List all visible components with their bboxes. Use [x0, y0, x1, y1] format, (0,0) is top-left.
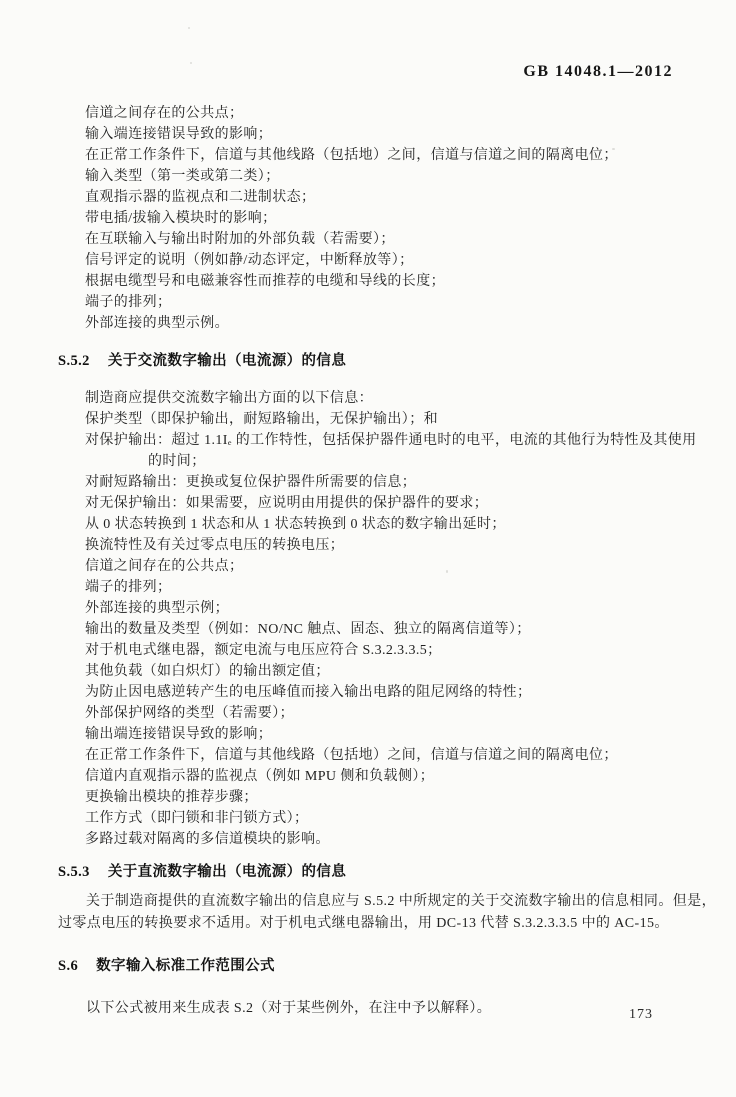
- text-line: 外部连接的典型示例。: [85, 313, 716, 334]
- paragraph: 关于制造商提供的直流数字输出的信息应与 S.5.2 中所规定的关于交流数字输出的…: [58, 891, 716, 934]
- scan-speck: [612, 148, 615, 150]
- heading-title: 关于交流数字输出（电流源）的信息: [108, 353, 346, 369]
- text-line: 外部连接的典型示例；: [85, 598, 716, 619]
- text-line: 对耐短路输出：更换或复位保护器件所需要的信息；: [85, 472, 716, 493]
- scan-speck: [190, 62, 192, 64]
- scan-speck: [188, 27, 190, 29]
- heading-title: 关于直流数字输出（电流源）的信息: [108, 864, 346, 880]
- heading-number: S.5.3: [58, 864, 90, 880]
- text-line: 在互联输入与输出时附加的外部负载（若需要）；: [85, 229, 716, 250]
- text-line: 端子的排列；: [85, 577, 716, 598]
- text-line: 从 0 状态转换到 1 状态和从 1 状态转换到 0 状态的数字输出延时；: [85, 514, 716, 535]
- text-line: 在正常工作条件下，信道与其他线路（包括地）之间，信道与信道之间的隔离电位；: [85, 145, 716, 166]
- page-number: 173: [629, 1007, 653, 1023]
- text-line: 直观指示器的监视点和二进制状态；: [85, 187, 716, 208]
- section-heading-s-5-2: S.5.2关于交流数字输出（电流源）的信息: [58, 351, 716, 372]
- text-line: 制造商应提供交流数字输出方面的以下信息：: [85, 388, 716, 409]
- section-heading-s-6: S.6数字输入标准工作范围公式: [58, 956, 716, 977]
- page-content: 信道之间存在的公共点；输入端连接错误导致的影响；在正常工作条件下，信道与其他线路…: [58, 103, 716, 1020]
- text-line: 保护类型（即保护输出，耐短路输出，无保护输出）；和: [85, 409, 716, 430]
- scan-speck: [446, 570, 448, 573]
- heading-title: 数字输入标准工作范围公式: [96, 958, 275, 974]
- text-line: 输出的数量及类型（例如：NO/NC 触点、固态、独立的隔离信道等）；: [85, 619, 716, 640]
- text-line: 对无保护输出：如果需要，应说明由用提供的保护器件的要求；: [85, 493, 716, 514]
- text-line: 根据电缆型号和电磁兼容性而推荐的电缆和导线的长度；: [85, 271, 716, 292]
- text-line: 外部保护网络的类型（若需要）；: [85, 703, 716, 724]
- text-line: 带电插/拔输入模块时的影响；: [85, 208, 716, 229]
- paragraph: 以下公式被用来生成表 S.2（对于某些例外，在注中予以解释）。: [58, 998, 716, 1020]
- text-line: 为防止因电感逆转产生的电压峰值而接入输出电路的阻尼网络的特性；: [85, 682, 716, 703]
- text-line: 信道内直观指示器的监视点（例如 MPU 侧和负载侧）；: [85, 766, 716, 787]
- text-line: 对保护输出：超过 1.1Iₑ 的工作特性，包括保护器件通电时的电平，电流的其他行…: [85, 430, 716, 451]
- text-line: 输入端连接错误导致的影响；: [85, 124, 716, 145]
- section-heading-s-5-3: S.5.3关于直流数字输出（电流源）的信息: [58, 862, 716, 883]
- text-line: 输入类型（第一类或第二类）；: [85, 166, 716, 187]
- text-line: 信道之间存在的公共点；: [85, 556, 716, 577]
- text-line: 工作方式（即闩锁和非闩锁方式）；: [85, 808, 716, 829]
- text-line: 多路过载对隔离的多信道模块的影响。: [85, 829, 716, 850]
- heading-number: S.5.2: [58, 353, 90, 369]
- text-line: 信道之间存在的公共点；: [85, 103, 716, 124]
- text-line: 其他负载（如白炽灯）的输出额定值；: [85, 661, 716, 682]
- text-line: 换流特性及有关过零点电压的转换电压；: [85, 535, 716, 556]
- text-line: 在正常工作条件下，信道与其他线路（包括地）之间，信道与信道之间的隔离电位；: [85, 745, 716, 766]
- text-line: 更换输出模块的推荐步骤；: [85, 787, 716, 808]
- text-line: 的时间；: [148, 451, 716, 472]
- text-line: 输出端连接错误导致的影响；: [85, 724, 716, 745]
- text-line: 信号评定的说明（例如静/动态评定，中断释放等）；: [85, 250, 716, 271]
- standard-number-header: GB 14048.1—2012: [523, 63, 673, 81]
- document-page: GB 14048.1—2012 信道之间存在的公共点；输入端连接错误导致的影响；…: [0, 0, 736, 1097]
- heading-number: S.6: [58, 958, 78, 974]
- text-line: 端子的排列；: [85, 292, 716, 313]
- text-line: 对于机电式继电器，额定电流与电压应符合 S.3.2.3.3.5；: [85, 640, 716, 661]
